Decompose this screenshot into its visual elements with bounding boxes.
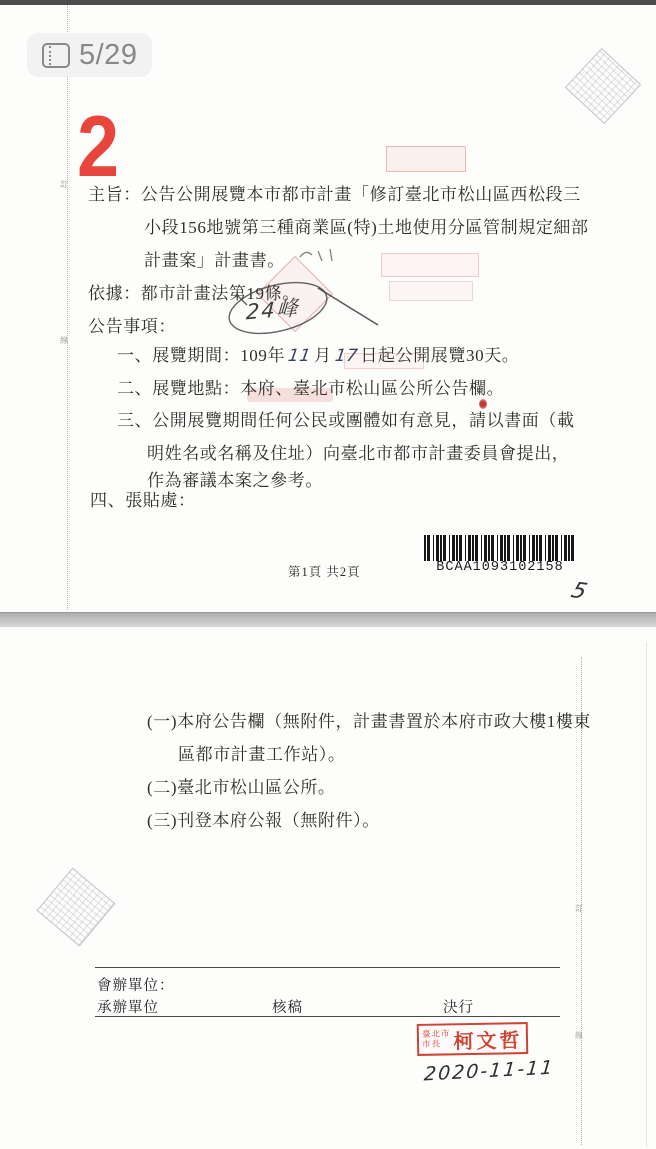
item-3-line-1: 三、公開展覽期間任何公民或團體如有意見，請以書面（載 <box>117 412 575 429</box>
page-indicator-label: 5/29 <box>79 39 137 72</box>
item-3-line-2: 明姓名或名稱及住址）向臺北市都市計畫委員會提出， <box>147 445 569 462</box>
handwriting-strokes <box>0 5 656 612</box>
signoff-bottom-rule <box>95 1016 560 1017</box>
posting-item-1-line-1: (一)本府公告欄（無附件，計畫書置於本府市政大樓1樓東 <box>147 713 591 730</box>
approval-label: 決行 <box>443 996 474 1017</box>
subject-line-2: 小段156地號第三種商業區(特)土地使用分區管制規定細部 <box>144 219 589 236</box>
document-page-1[interactable]: 訂 線 2 主旨：公告公開展覽本市都市計畫「修訂臺北市松山區西松段三 小段156… <box>0 5 656 612</box>
red-office-stamp <box>386 146 466 172</box>
red-office-stamp <box>389 281 473 301</box>
binding-mark: 線 <box>60 337 68 345</box>
handwritten-month: 11 <box>287 348 312 365</box>
red-ink-dot <box>479 399 487 409</box>
receipt-stamp-icon <box>37 868 116 947</box>
subject-line-3: 計畫案」計畫書。 <box>144 252 285 269</box>
subject-line-1: 主旨：公告公開展覽本市都市計畫「修訂臺北市松山區西松段三 <box>88 186 581 203</box>
posting-item-1-line-2: 區都市計畫工作站）。 <box>178 746 346 763</box>
pdf-viewer-screen[interactable]: 5/29 訂 線 2 主旨：公告公開展覽本市都市計畫「修訂臺北市松山區西松段三 … <box>0 0 656 1149</box>
barcode-label: BCAA1093102158 <box>424 560 576 575</box>
mayor-stamp-name: 柯文哲 <box>453 1024 522 1054</box>
scan-edge-line <box>646 642 647 1147</box>
thumbnails-icon <box>42 43 70 68</box>
items-header: 公告事項： <box>88 318 176 335</box>
receipt-stamp-icon <box>565 48 641 124</box>
document-page-2[interactable]: 訂 線 (一)本府公告欄（無附件，計畫書置於本府市政大樓1樓東 區都市計畫工作站… <box>0 627 656 1149</box>
handling-unit-label: 承辦單位 <box>97 996 159 1017</box>
item-1-prefix: 一、展覽期間：109年 <box>117 346 285 365</box>
red-office-stamp <box>381 253 479 277</box>
mayor-stamp-title: 市長 <box>422 1039 451 1049</box>
binding-line-left <box>67 5 68 610</box>
co-organizer-label: 會辦單位： <box>97 974 175 995</box>
signoff-top-rule <box>95 967 560 968</box>
item-1-suffix: 日起公開展覽30天。 <box>360 346 519 365</box>
item-1-month-unit: 月 <box>314 346 332 365</box>
binding-mark: 訂 <box>575 905 583 913</box>
handwritten-reviewer-note: 24峰 <box>245 292 300 327</box>
posting-item-3-line: (三)刊登本府公報（無附件）。 <box>147 812 380 829</box>
item-4-line: 四、張貼處： <box>90 492 196 509</box>
review-label: 核稿 <box>272 996 303 1017</box>
page-separator <box>0 612 656 628</box>
item-3-line-3: 作為審議本案之參考。 <box>147 472 323 489</box>
posting-item-2-line: (二)臺北市松山區公所。 <box>147 779 336 796</box>
binding-mark: 線 <box>575 1032 583 1040</box>
mayor-approval-stamp: 臺北市 市長 柯文哲 <box>417 1022 528 1056</box>
handwritten-day: 17 <box>333 348 358 365</box>
item-2-line: 二、展覽地點：本府、臺北市松山區公所公告欄。 <box>117 380 504 397</box>
page-indicator-badge[interactable]: 5/29 <box>27 33 152 77</box>
barcode <box>424 535 576 561</box>
mayor-stamp-office: 臺北市 市長 <box>422 1030 451 1050</box>
handwritten-approval-date: 2020-11-11 <box>423 1057 555 1086</box>
binding-mark: 訂 <box>60 181 68 189</box>
page-number-footer: 第1頁 共2頁 <box>288 562 361 580</box>
handwritten-page-number: 5 <box>568 578 590 604</box>
exhibit-number-annotation: 2 <box>77 104 119 190</box>
item-1-line: 一、展覽期間：109年11月17日起公開展覽30天。 <box>117 347 519 365</box>
